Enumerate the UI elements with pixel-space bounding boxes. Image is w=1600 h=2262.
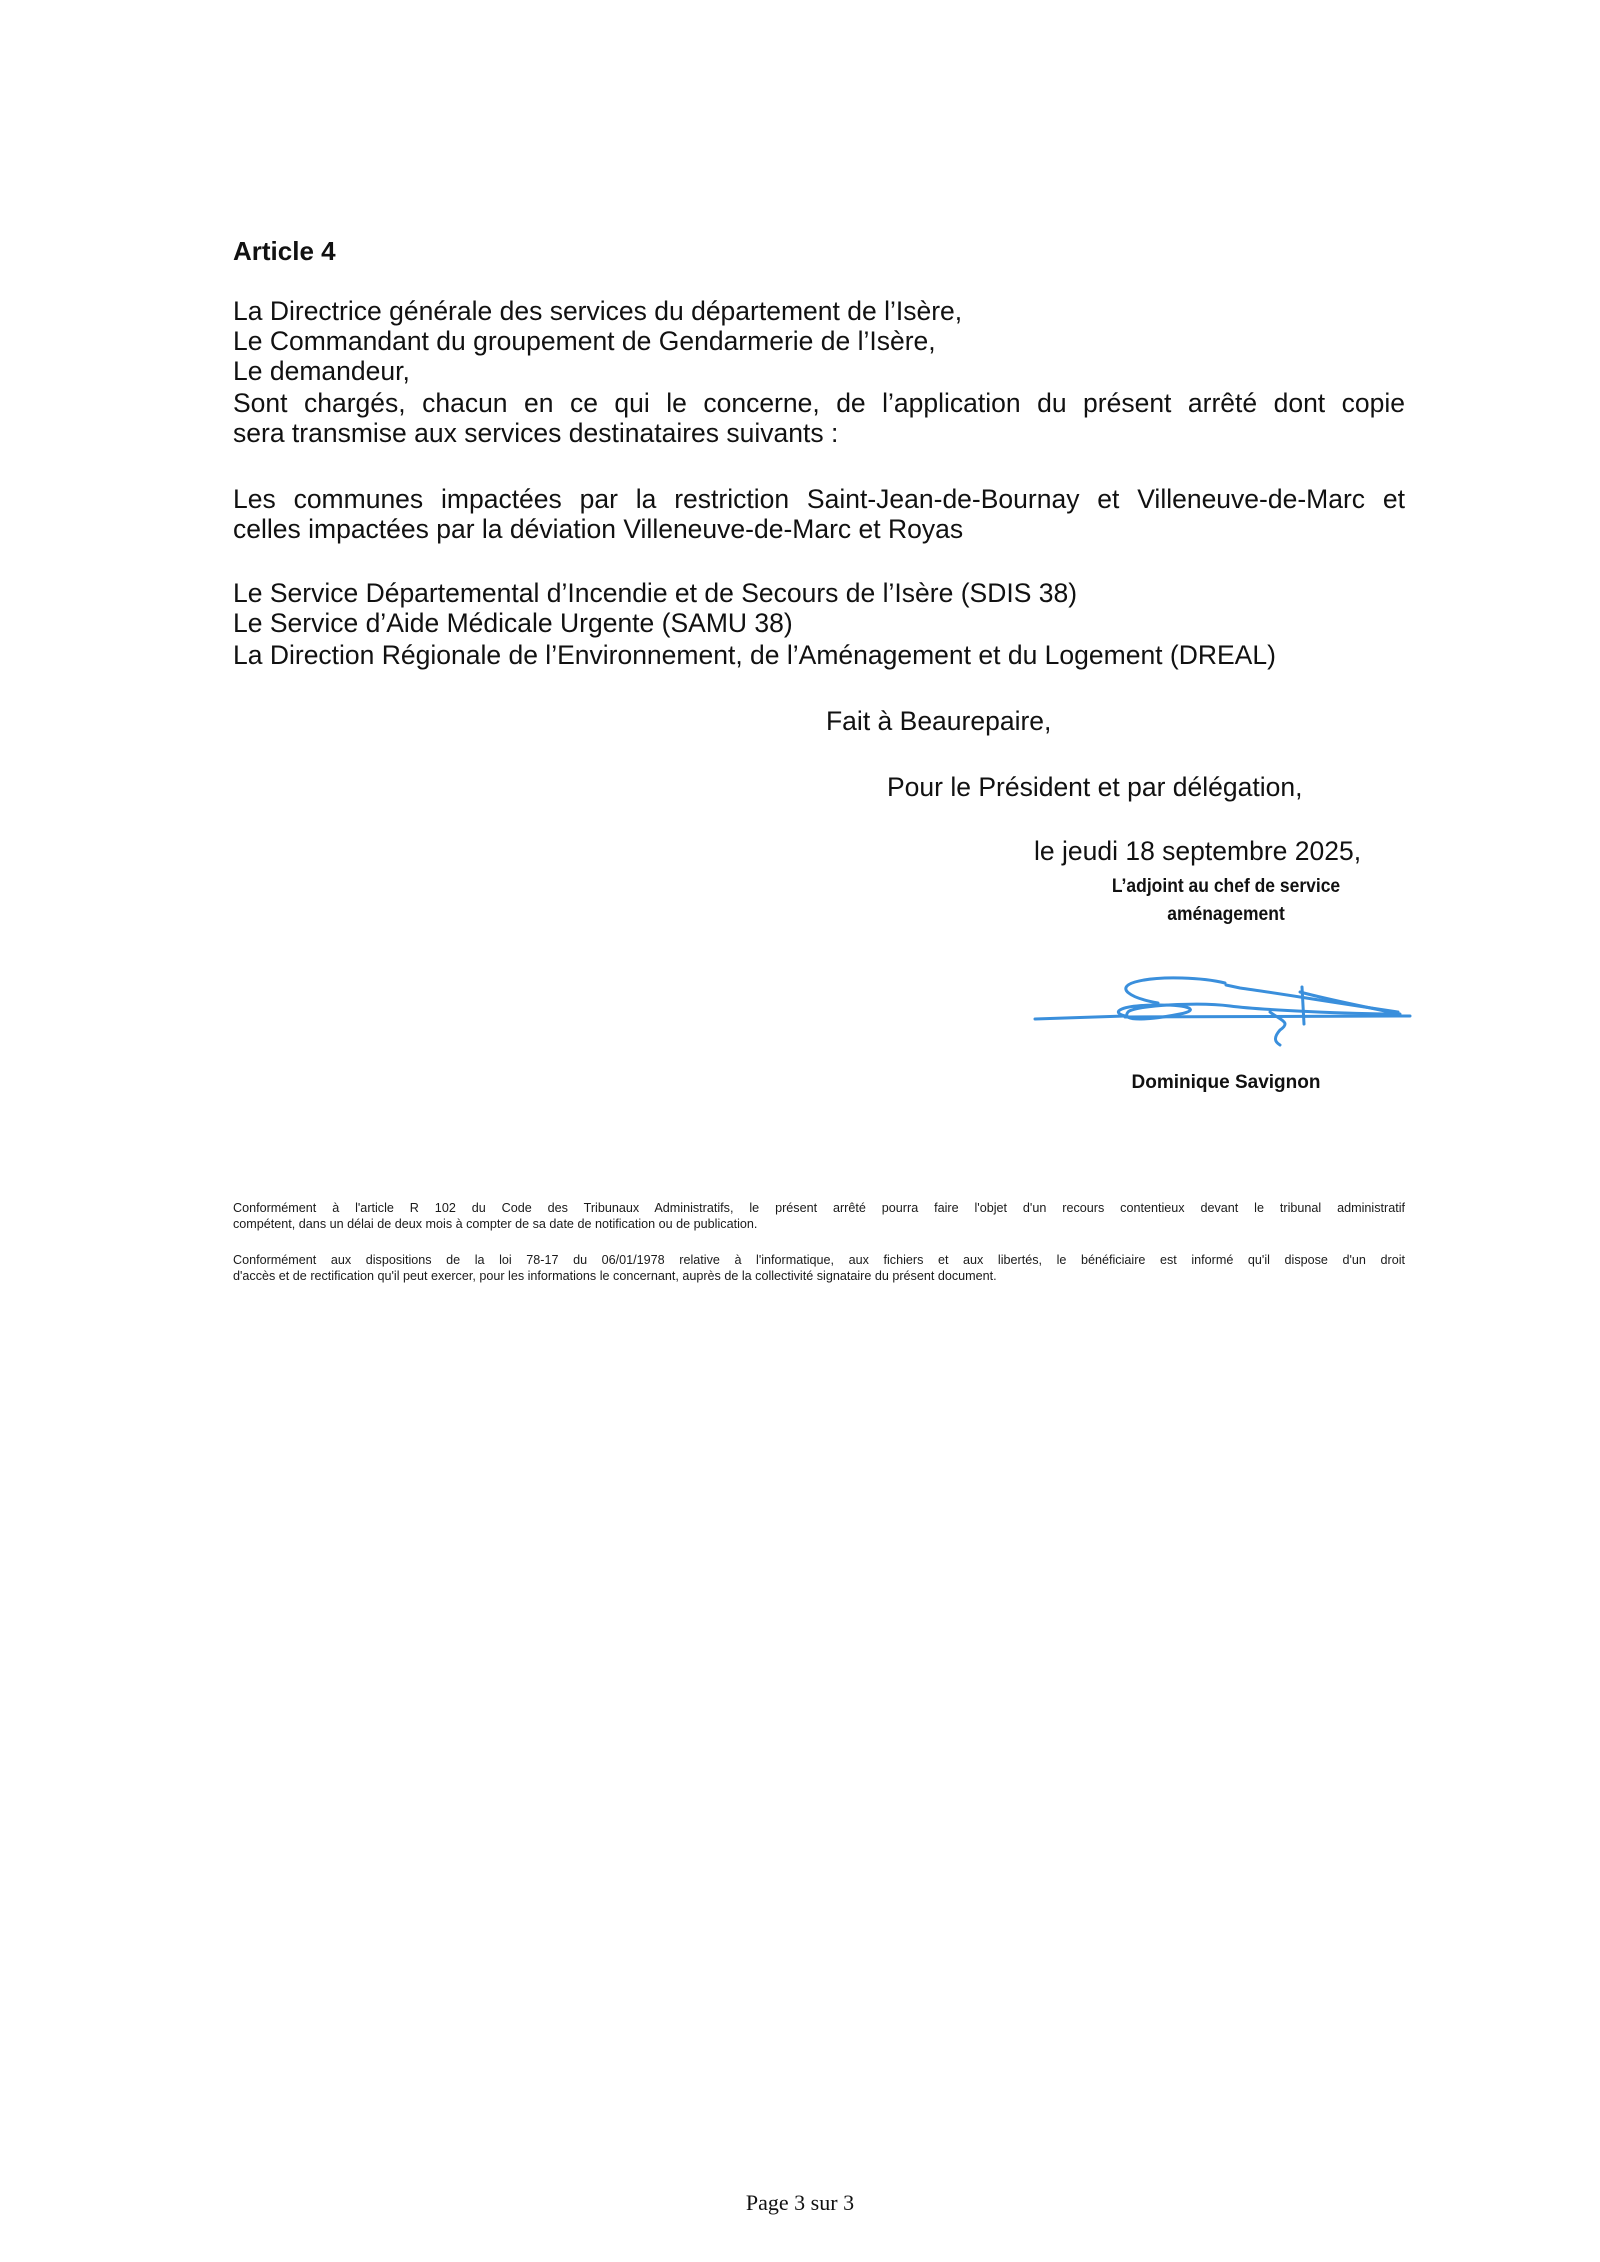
addressee-line: Le Commandant du groupement de Gendarmer…: [233, 326, 936, 356]
service-recipient: La Direction Régionale de l’Environnemen…: [233, 640, 1276, 670]
addressee-line: Le demandeur,: [233, 356, 410, 386]
signatory-title: aménagement: [1088, 900, 1364, 930]
legal-notice-line: Conformément à l'article R 102 du Code d…: [233, 1200, 1405, 1216]
signatory-title: L’adjoint au chef de service: [1088, 872, 1364, 902]
handwritten-signature: [1030, 950, 1430, 1060]
legal-notice-data-protection: Conformément aux dispositions de la loi …: [233, 1252, 1405, 1284]
signatory-name: Dominique Savignon: [1076, 1072, 1376, 1094]
legal-notice-line: compétent, dans un délai de deux mois à …: [233, 1216, 1405, 1232]
article-heading: Article 4: [233, 236, 336, 267]
legal-notice-appeal: Conformément à l'article R 102 du Code d…: [233, 1200, 1405, 1232]
communes-line: Les communes impactées par la restrictio…: [233, 484, 1405, 514]
addressee-line: La Directrice générale des services du d…: [233, 296, 962, 326]
responsibility-line: Sont chargés, chacun en ce qui le concer…: [233, 388, 1405, 418]
legal-notice-line: Conformément aux dispositions de la loi …: [233, 1252, 1405, 1268]
signature-delegation: Pour le Président et par délégation,: [887, 772, 1302, 803]
communes-line: celles impactées par la déviation Villen…: [233, 514, 963, 544]
service-recipient: Le Service d’Aide Médicale Urgente (SAMU…: [233, 608, 793, 638]
service-recipient: Le Service Départemental d’Incendie et d…: [233, 578, 1077, 608]
page-number: Page 3 sur 3: [0, 2190, 1600, 2216]
responsibility-line: sera transmise aux services destinataire…: [233, 418, 838, 448]
legal-notice-line: d'accès et de rectification qu'il peut e…: [233, 1268, 1405, 1284]
document-page: Article 4 La Directrice générale des ser…: [0, 0, 1600, 2262]
signature-place: Fait à Beaurepaire,: [826, 706, 1051, 737]
signature-date: le jeudi 18 septembre 2025,: [1034, 836, 1361, 867]
